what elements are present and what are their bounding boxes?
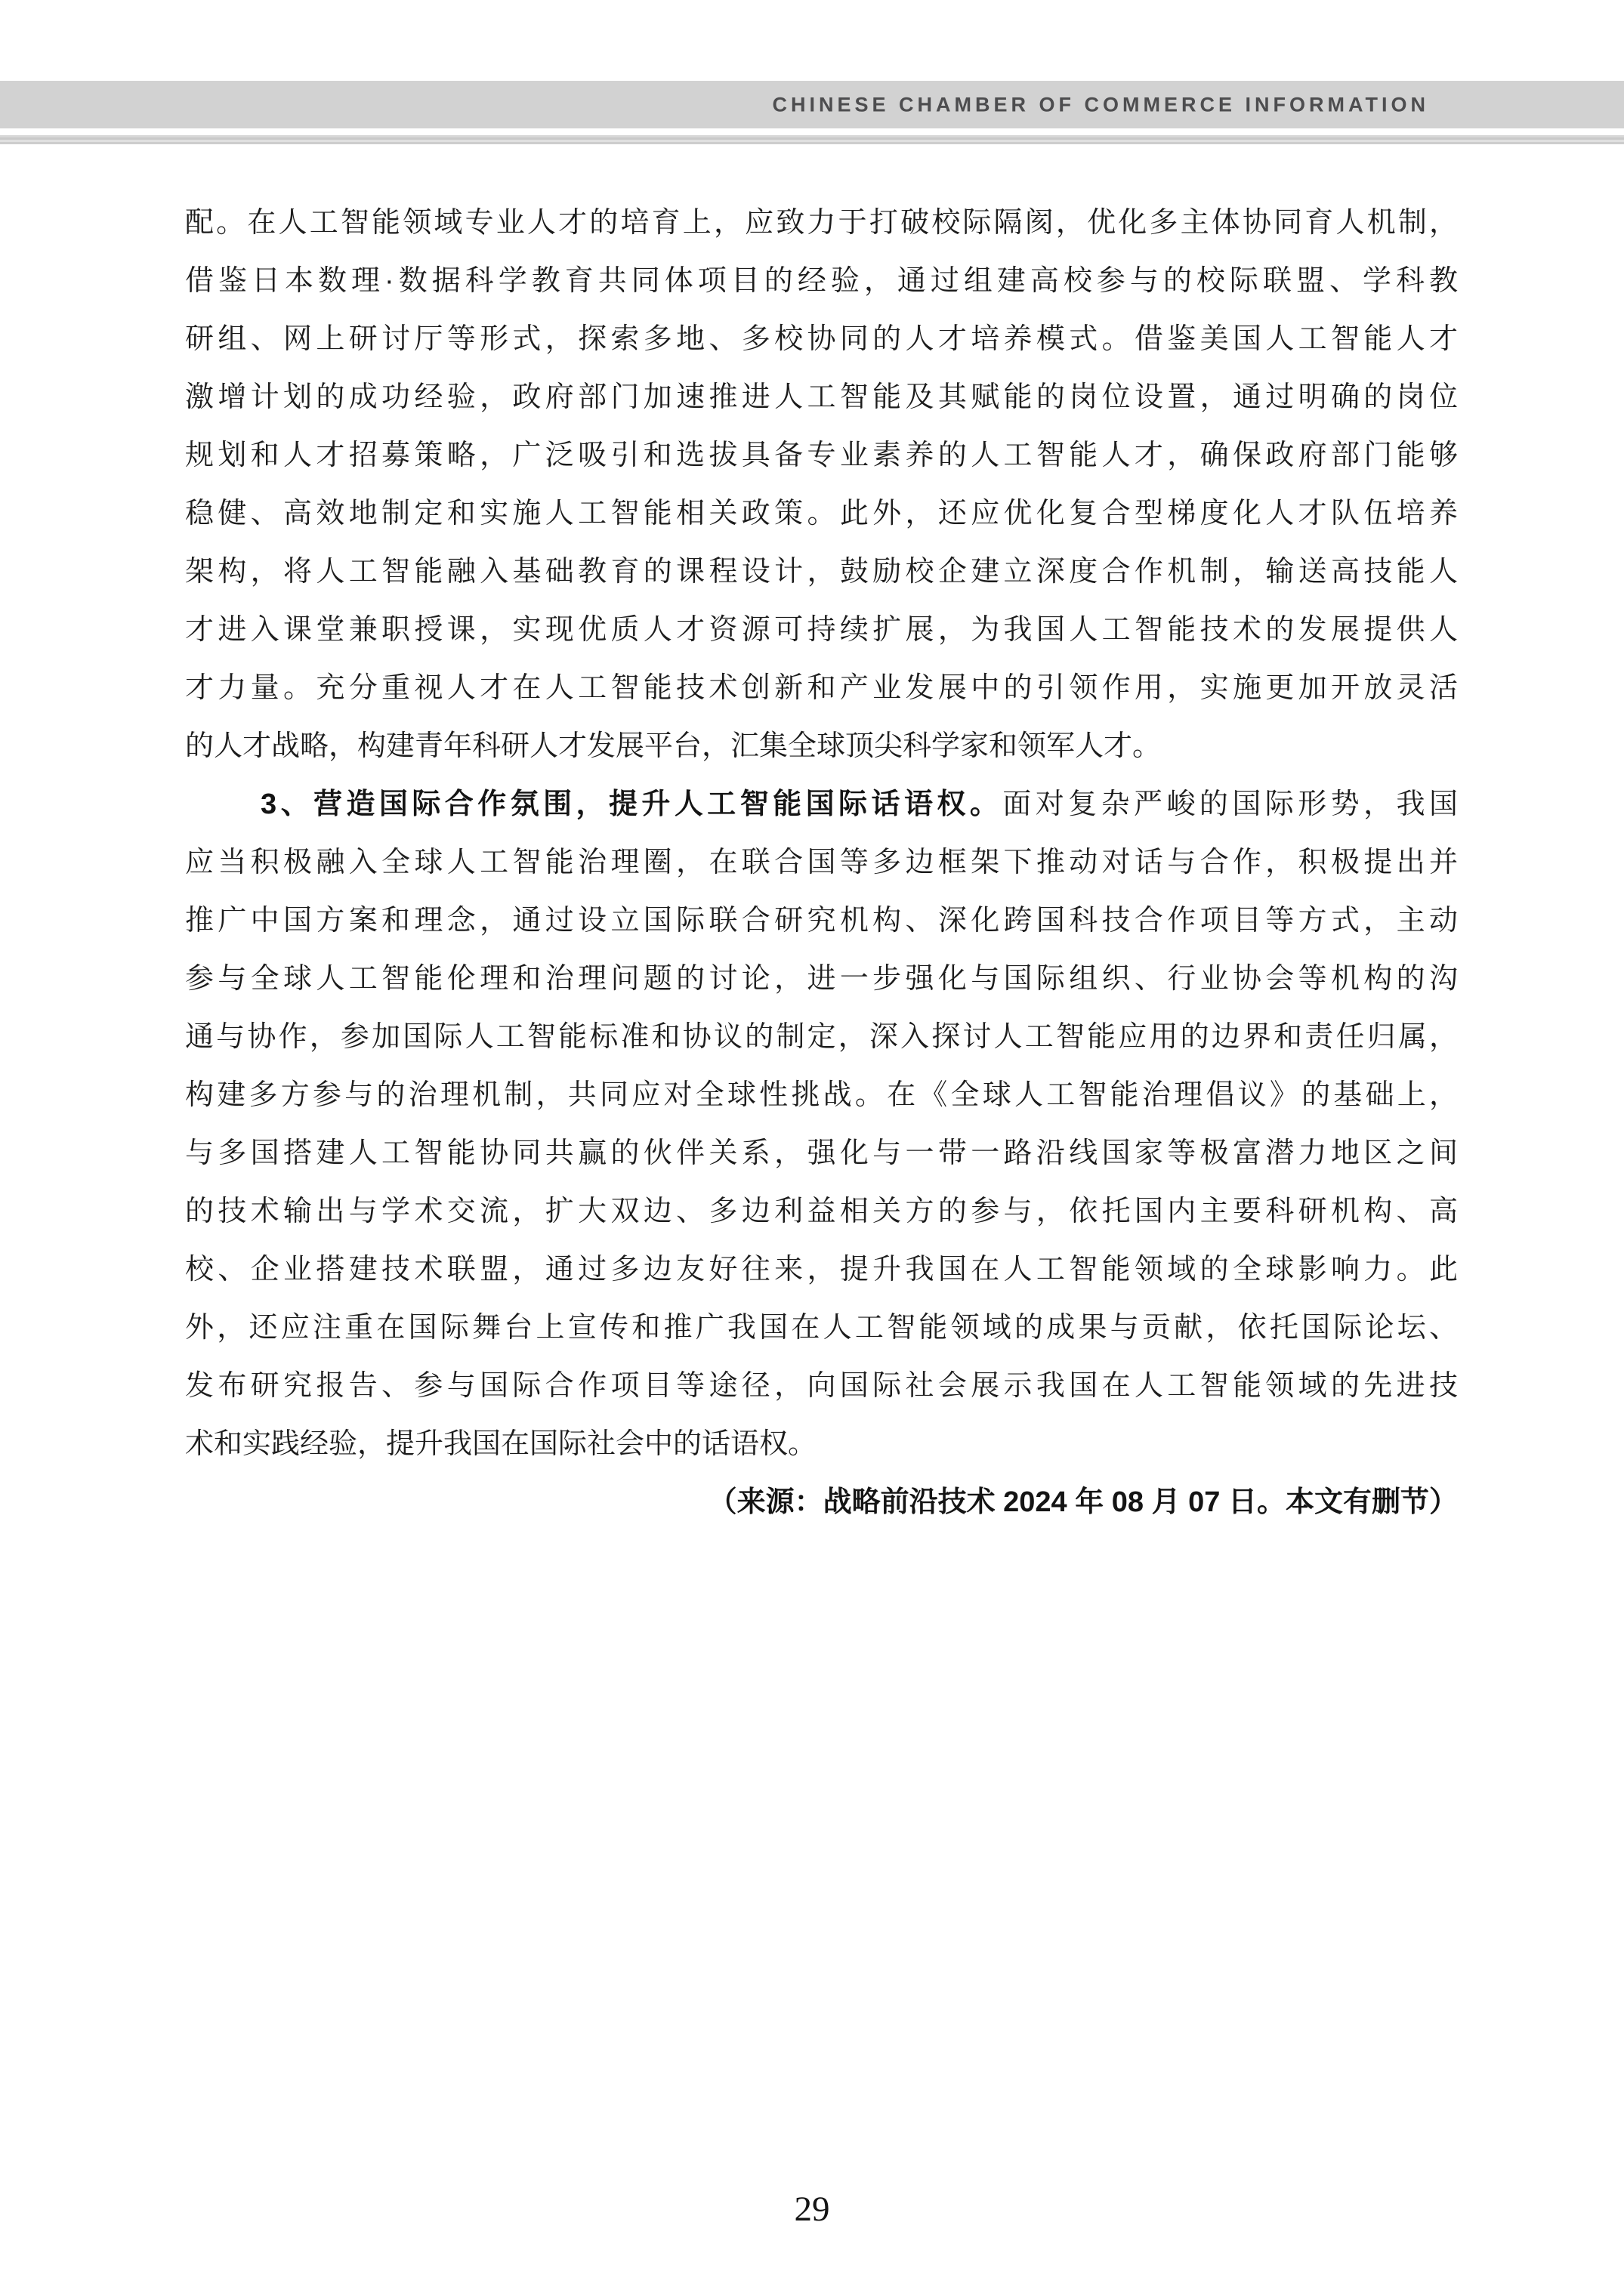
- body-text: 配。在人工智能领域专业人才的培育上，应致力于打破校际隔阂，优化多主体协同育人机制…: [185, 194, 1458, 1532]
- text-line: 与多国搭建人工智能协同共赢的伙伴关系，强化与一带一路沿线国家等极富潜力地区之间: [185, 1125, 1458, 1183]
- document-page: CHINESE CHAMBER OF COMMERCE INFORMATION …: [0, 0, 1624, 2293]
- text-line: 参与全球人工智能伦理和治理问题的讨论，进一步强化与国际组织、行业协会等机构的沟: [185, 950, 1458, 1008]
- text-line: 研组、网上研讨厅等形式，探索多地、多校协同的人才培养模式。借鉴美国人工智能人才: [185, 310, 1458, 369]
- paragraph-2: 3、营造国际合作氛围，提升人工智能国际话语权。面对复杂严峻的国际形势，我国应当积…: [185, 776, 1458, 1474]
- header-title: CHINESE CHAMBER OF COMMERCE INFORMATION: [773, 93, 1430, 116]
- text-line: 发布研究报告、参与国际合作项目等途径，向国际社会展示我国在人工智能领域的先进技: [185, 1357, 1458, 1415]
- text-line: 通与协作，参加国际人工智能标准和协议的制定，深入探讨人工智能应用的边界和责任归属…: [185, 1008, 1458, 1066]
- text-line: 推广中国方案和理念，通过设立国际联合研究机构、深化跨国科技合作项目等方式，主动: [185, 892, 1458, 950]
- header-stripes-rule: [0, 135, 1624, 144]
- page-number: 29: [0, 2189, 1624, 2230]
- text-line: 借鉴日本数理·数据科学教育共同体项目的经验，通过组建高校参与的校际联盟、学科教: [185, 252, 1458, 310]
- text-line: 术和实践经验，提升我国在国际社会中的话语权。: [185, 1415, 1458, 1474]
- section-heading-rest: 面对复杂严峻的国际形势，我国: [1002, 789, 1458, 820]
- text-line: 才力量。充分重视人才在人工智能技术创新和产业发展中的引领作用，实施更加开放灵活: [185, 659, 1458, 718]
- source-line: （来源：战略前沿技术 2024 年 08 月 07 日。本文有删节）: [185, 1474, 1458, 1532]
- paragraph-1: 配。在人工智能领域专业人才的培育上，应致力于打破校际隔阂，优化多主体协同育人机制…: [185, 194, 1458, 776]
- text-line: 应当积极融入全球人工智能治理圈，在联合国等多边框架下推动对话与合作，积极提出并: [185, 834, 1458, 892]
- text-line: 配。在人工智能领域专业人才的培育上，应致力于打破校际隔阂，优化多主体协同育人机制…: [185, 194, 1458, 252]
- text-line: 才进入课堂兼职授课，实现优质人才资源可持续扩展，为我国人工智能技术的发展提供人: [185, 601, 1458, 659]
- section-heading: 3、营造国际合作氛围，提升人工智能国际话语权。: [261, 789, 1002, 820]
- text-line: 的技术输出与学术交流，扩大双边、多边利益相关方的参与，依托国内主要科研机构、高: [185, 1183, 1458, 1241]
- text-line: 规划和人才招募策略，广泛吸引和选拔具备专业素养的人工智能人才，确保政府部门能够: [185, 427, 1458, 485]
- text-line: 架构，将人工智能融入基础教育的课程设计，鼓励校企建立深度合作机制，输送高技能人: [185, 543, 1458, 601]
- text-line: 稳健、高效地制定和实施人工智能相关政策。此外，还应优化复合型梯度化人才队伍培养: [185, 485, 1458, 543]
- text-line: 构建多方参与的治理机制，共同应对全球性挑战。在《全球人工智能治理倡议》的基础上，: [185, 1066, 1458, 1125]
- text-line: 的人才战略，构建青年科研人才发展平台，汇集全球顶尖科学家和领军人才。: [185, 718, 1458, 776]
- text-line: 校、企业搭建技术联盟，通过多边友好往来，提升我国在人工智能领域的全球影响力。此: [185, 1241, 1458, 1299]
- header-band: CHINESE CHAMBER OF COMMERCE INFORMATION: [0, 81, 1624, 128]
- text-line: 外，还应注重在国际舞台上宣传和推广我国在人工智能领域的成果与贡献，依托国际论坛、: [185, 1299, 1458, 1357]
- text-line: 激增计划的成功经验，政府部门加速推进人工智能及其赋能的岗位设置，通过明确的岗位: [185, 369, 1458, 427]
- text-line: 3、营造国际合作氛围，提升人工智能国际话语权。面对复杂严峻的国际形势，我国: [185, 776, 1458, 834]
